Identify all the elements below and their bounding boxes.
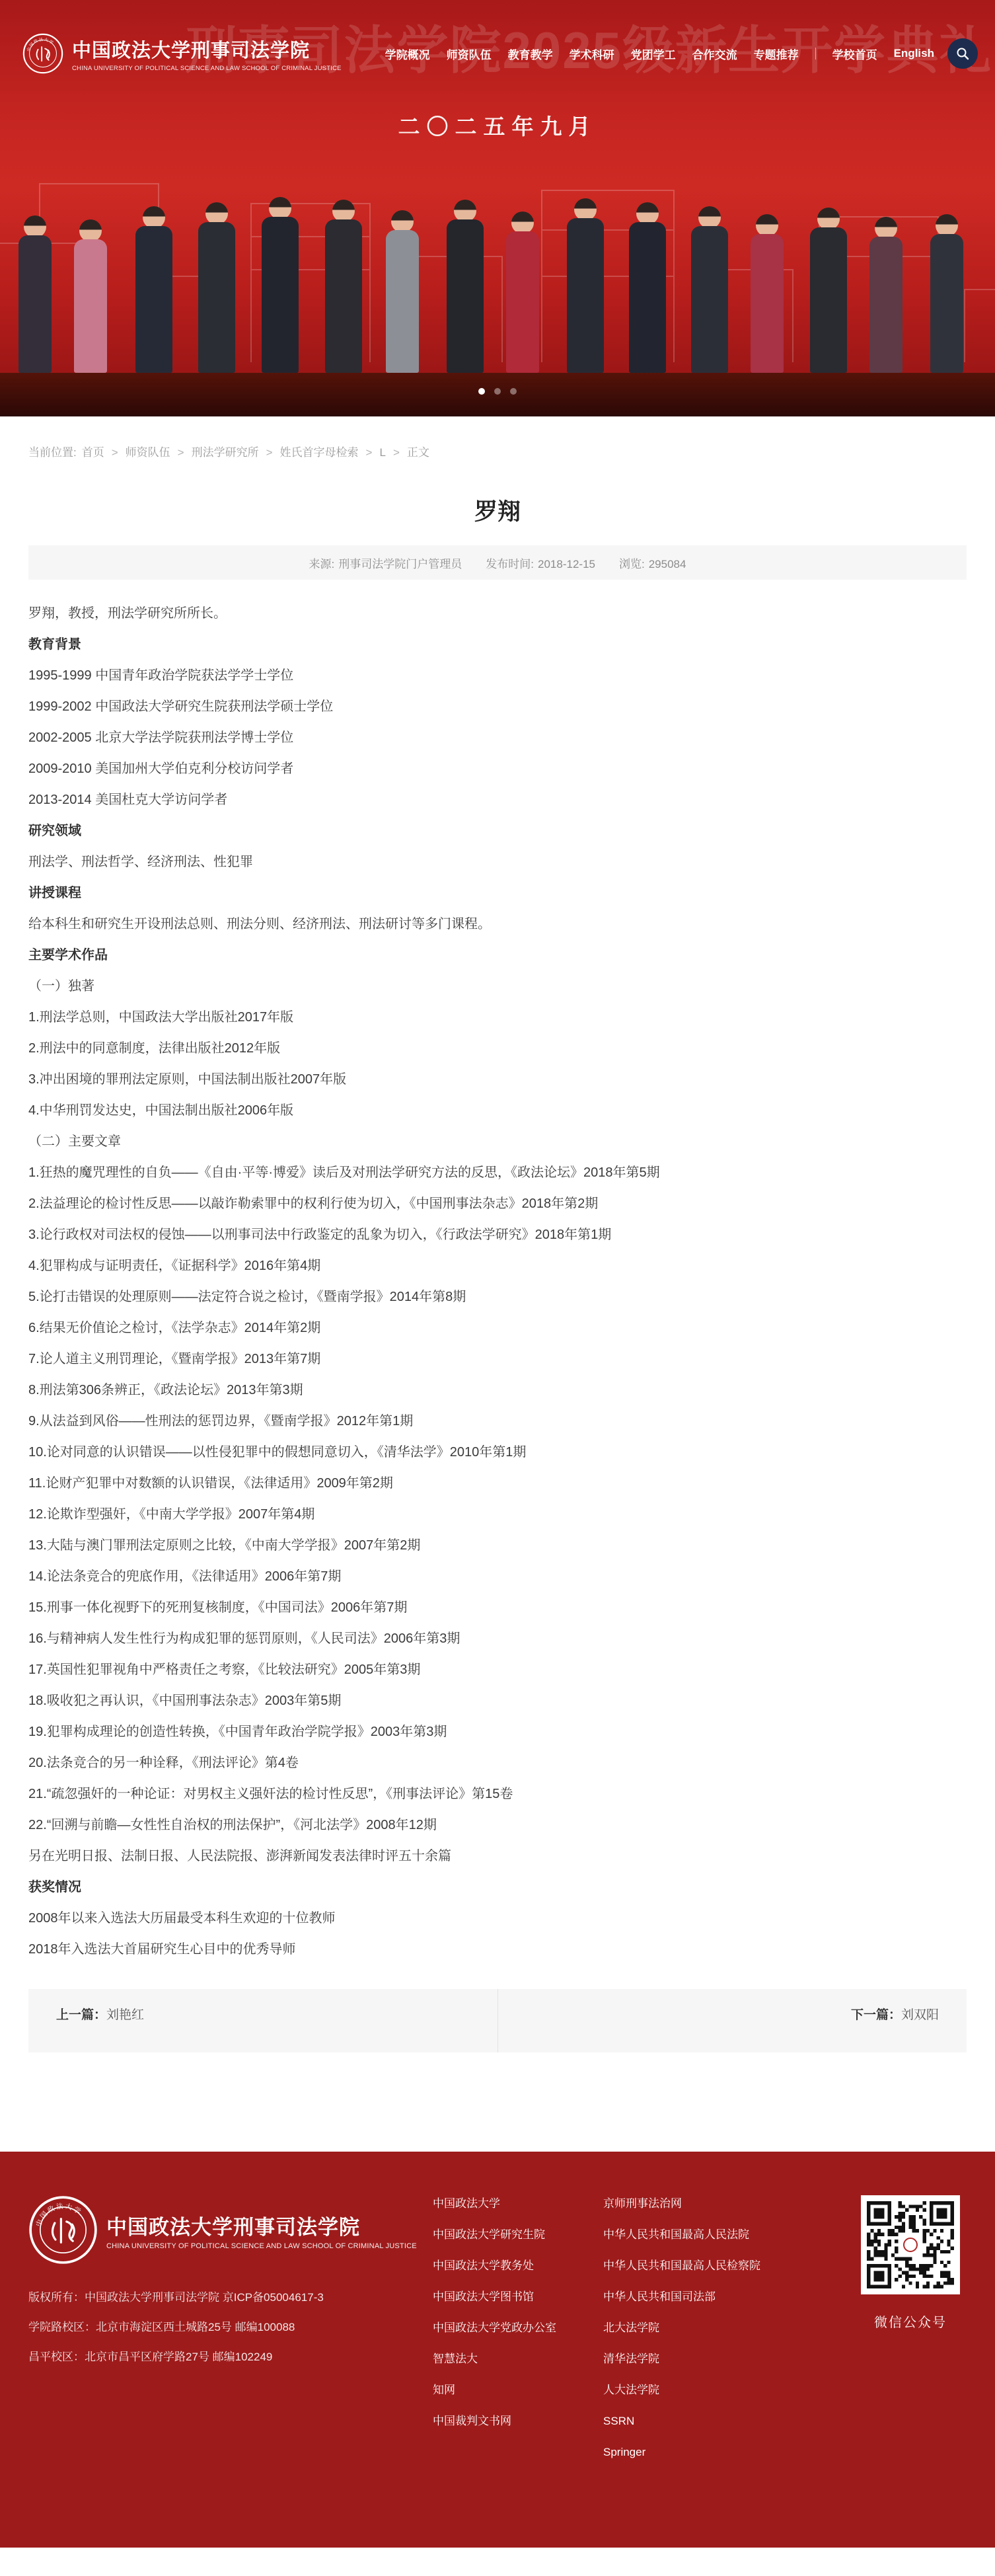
nav-item-教育教学[interactable]: 教育教学 [508,46,553,62]
person-figure [18,215,52,373]
footer-copyright: 版权所有：中国政法大学刑事司法学院 京ICP备05004617-3 [28,2287,327,2308]
prev-label: 上一篇： [56,2008,106,2022]
breadcrumb: 当前位置:首页>师资队伍>刑法学研究所>姓氏首字母检索>L>正文 [28,443,967,459]
footer-link[interactable]: Springer [603,2444,770,2461]
carousel-dots [0,386,995,398]
page: 刑事司法学院2025级新生开学典礼 二〇二五年九月 [0,0,995,2548]
article-paragraph: 18.吸收犯之再认识，《中国刑事法杂志》2003年第5期 [28,1692,967,1710]
nav-item-师资队伍[interactable]: 师资队伍 [447,46,492,62]
pager: 上一篇：刘艳红 下一篇：刘双阳 [28,1989,967,2052]
section-heading: 主要学术作品 [28,947,967,964]
footer-link[interactable]: 北大法学院 [603,2320,770,2337]
footer-link[interactable]: 人大法学院 [603,2382,770,2399]
nav-item-school-home[interactable]: 学校首页 [832,46,877,62]
article-paragraph: 9.从法益到风俗——性刑法的惩罚边界，《暨南学报》2012年第1期 [28,1413,967,1430]
article-paragraph: 17.英国性犯罪视角中严格责任之考察，《比较法研究》2005年第3期 [28,1661,967,1679]
section-heading: 获奖情况 [28,1879,967,1896]
breadcrumb-item: 正文 [407,446,429,459]
hero-banner: 刑事司法学院2025级新生开学典礼 二〇二五年九月 [0,0,995,416]
article-paragraph: 22.“回溯与前瞻—女性性自治权的刑法保护”，《河北法学》2008年12期 [28,1816,967,1834]
footer-seal-logo-icon: 中国政法大学 [28,2195,98,2265]
breadcrumb-item[interactable]: 姓氏首字母检索 [280,446,359,459]
article-paragraph: 8.刑法第306条辨正，《政法论坛》2013年第3期 [28,1382,967,1399]
article-paragraph: 刑法学、刑法哲学、经济刑法、性犯罪 [28,853,967,871]
footer-link[interactable]: 中华人民共和国司法部 [603,2288,770,2306]
person-figure [567,198,604,373]
person-figure [325,200,362,373]
breadcrumb-separator: > [366,446,373,459]
person-figure [447,200,484,373]
carousel-dot[interactable] [478,388,485,395]
article-paragraph: 1.刑法学总则，中国政法大学出版社2017年版 [28,1009,967,1027]
article-paragraph: 2013-2014 美国杜克大学访问学者 [28,791,967,809]
article-paragraph: 2002-2005 北京大学法学院获刑法学博士学位 [28,729,967,747]
footer-link[interactable]: 中国政法大学研究生院 [433,2226,579,2244]
school-name-en: CHINA UNIVERSITY OF POLITICAL SCIENCE AN… [72,65,342,72]
footer-link[interactable]: 知网 [433,2382,579,2399]
next-article-name: 刘双阳 [901,2008,939,2022]
footer-link[interactable]: 中国政法大学教务处 [433,2257,579,2275]
meta-publish-time: 发布时间:2018-12-15 [486,555,595,571]
school-seal-logo-icon: 中国政法大学 [22,33,63,74]
footer-campus-changping: 昌平校区：北京市昌平区府学路27号 邮编102249 [28,2347,327,2367]
breadcrumb-item[interactable]: 首页 [82,446,104,459]
article-paragraph: 11.论财产犯罪中对数额的认识错误，《法律适用》2009年第2期 [28,1475,967,1493]
meta-views: 浏览:295084 [619,555,686,571]
breadcrumb-label: 当前位置: [28,446,77,459]
footer-link[interactable]: 中国政法大学图书馆 [433,2288,579,2306]
main-nav: 学院概况师资队伍教育教学学术科研党团学工合作交流专题推荐 [369,46,799,62]
article-paragraph: 罗翔，教授，刑法学研究所所长。 [28,605,967,623]
section-heading: 研究领域 [28,822,967,840]
person-figure [74,219,107,373]
article-paragraph: 12.论欺诈型强奸，《中南大学学报》2007年第4期 [28,1506,967,1524]
carousel-dot[interactable] [510,388,517,395]
person-figure [691,206,728,373]
meta-source: 来源:刑事司法学院门户管理员 [309,555,462,571]
nav-item-党团学工[interactable]: 党团学工 [631,46,676,62]
footer-link[interactable]: 中国裁判文书网 [433,2413,579,2430]
footer-school-name-en: CHINA UNIVERSITY OF POLITICAL SCIENCE AN… [106,2242,417,2250]
person-figure [262,197,299,373]
article-paragraph: 16.与精神病人发生性行为构成犯罪的惩罚原则，《人民司法》2006年第3期 [28,1630,967,1648]
article-paragraph: 19.犯罪构成理论的创造性转换，《中国青年政治学院学报》2003年第3期 [28,1723,967,1741]
footer-link[interactable]: 清华法学院 [603,2351,770,2368]
footer-link[interactable]: 中国政法大学党政办公室 [433,2320,579,2337]
article-body: 罗翔，教授，刑法学研究所所长。教育背景1995-1999 中国青年政治学院获法学… [28,580,967,1959]
article-paragraph: 1.狂热的魔咒理性的自负——《自由·平等·博爱》读后及对刑法学研究方法的反思，《… [28,1164,967,1182]
footer-identity: 中国政法大学 中国政法大学刑事司法学院 CHINA UNIVERSITY OF … [28,2195,433,2475]
person-figure [386,210,419,373]
section-heading: 教育背景 [28,636,967,654]
person-figure [869,217,903,373]
footer-link[interactable]: 中华人民共和国最高人民检察院 [603,2257,770,2275]
footer-links-column-2: 京师刑事法治网中华人民共和国最高人民法院中华人民共和国最高人民检察院中华人民共和… [603,2195,770,2475]
article-paragraph: 2018年入选法大首届研究生心目中的优秀导师 [28,1941,967,1959]
search-button[interactable] [947,38,978,69]
prev-article-name: 刘艳红 [106,2008,144,2022]
person-figure [930,214,963,373]
footer-link[interactable]: 中国政法大学 [433,2195,579,2212]
person-figure [629,202,666,373]
footer-campus-xueyuanlu: 学院路校区：北京市海淀区西土城路25号 邮编100088 [28,2317,327,2337]
article-paragraph: 3.论行政权对司法权的侵蚀——以刑事司法中行政鉴定的乱象为切入，《行政法学研究》… [28,1226,967,1244]
school-name: 中国政法大学刑事司法学院 [72,36,342,63]
nav-item-english[interactable]: English [894,47,934,60]
article-paragraph: 2.刑法中的同意制度，法律出版社2012年版 [28,1040,967,1058]
nav-item-学术科研[interactable]: 学术科研 [570,46,614,62]
footer-link[interactable]: 智慧法大 [433,2351,579,2368]
article-paragraph: 1999-2002 中国政法大学研究生院获刑法学硕士学位 [28,698,967,716]
breadcrumb-separator: > [393,446,400,459]
article-paragraph: 4.中华刑罚发达史，中国法制出版社2006年版 [28,1102,967,1120]
article-paragraph: 5.论打击错误的处理原则——法定符合说之检讨，《暨南学报》2014年第8期 [28,1288,967,1306]
section-heading: 讲授课程 [28,884,967,902]
article-paragraph: 1995-1999 中国青年政治学院获法学学士学位 [28,667,967,685]
nav-item-学院概况[interactable]: 学院概况 [385,46,430,62]
article-paragraph: 2008年以来入选法大历届最受本科生欢迎的十位教师 [28,1910,967,1928]
article-paragraph: 15.刑事一体化视野下的死刑复核制度，《中国司法》2006年第7期 [28,1599,967,1617]
person-figure [198,202,235,373]
article-paragraph: 6.结果无价值论之检讨，《法学杂志》2014年第2期 [28,1319,967,1337]
person-figure [810,208,847,373]
nav-item-合作交流[interactable]: 合作交流 [692,46,737,62]
carousel-dot[interactable] [494,388,501,395]
search-icon [955,46,970,61]
footer-link[interactable]: 中华人民共和国最高人民法院 [603,2226,770,2244]
article-paragraph: 2.法益理论的检讨性反思——以敲诈勒索罪中的权利行使为切入，《中国刑事法杂志》2… [28,1195,967,1213]
article-paragraph: 给本科生和研究生开设刑法总则、刑法分则、经济刑法、刑法研讨等多门课程。 [28,916,967,933]
footer-link[interactable]: SSRN [603,2413,770,2430]
breadcrumb-separator: > [112,446,118,459]
breadcrumb-separator: > [266,446,273,459]
article-meta: 来源:刑事司法学院门户管理员 发布时间:2018-12-15 浏览:295084 [28,545,967,580]
article-paragraph: 21.“疏忽强奸的一种论证：对男权主义强奸法的检讨性反思”，《刑事法评论》第15… [28,1785,967,1803]
prev-article-link[interactable]: 上一篇：刘艳红 [56,2005,144,2023]
page-title: 罗翔 [28,494,967,527]
breadcrumb-separator: > [178,446,184,459]
footer-school-name: 中国政法大学刑事司法学院 [106,2210,417,2240]
article-paragraph: 10.论对同意的认识错误——以性侵犯罪中的假想同意切入，《清华法学》2010年第… [28,1444,967,1462]
person-figure [506,212,539,373]
article-paragraph: 4.犯罪构成与证明责任，《证据科学》2016年第4期 [28,1257,967,1275]
breadcrumb-item[interactable]: 师资队伍 [126,446,170,459]
article-paragraph: （一）独著 [28,978,967,995]
nav-divider [815,48,816,59]
person-figure [751,214,784,373]
article-paragraph: 20.法条竞合的另一种诠释，《刑法评论》第4卷 [28,1754,967,1772]
nav-item-专题推荐[interactable]: 专题推荐 [754,46,799,62]
next-article-link[interactable]: 下一篇：刘双阳 [851,2005,939,2023]
footer-links-column-1: 中国政法大学中国政法大学研究生院中国政法大学教务处中国政法大学图书馆中国政法大学… [433,2195,579,2475]
footer-link[interactable]: 京师刑事法治网 [603,2195,770,2212]
qr-caption: 微信公众号 [854,2312,967,2331]
breadcrumb-item[interactable]: 刑法学研究所 [192,446,259,459]
footer-wechat: 微信公众号 [854,2195,967,2475]
wechat-qr-code [861,2195,960,2294]
article-paragraph: 7.论人道主义刑罚理论，《暨南学报》2013年第7期 [28,1350,967,1368]
site-header: 中国政法大学 中国政法大学刑事司法学院 CHINA UNIVERSITY OF … [22,33,978,74]
qr-center-logo-icon [901,2235,920,2255]
article-paragraph: 另在光明日报、法制日报、人民法院报、澎湃新闻发表法律时评五十余篇 [28,1848,967,1865]
article-paragraph: 14.论法条竞合的兜底作用，《法律适用》2006年第7期 [28,1568,967,1586]
article-paragraph: （二）主要文章 [28,1133,967,1151]
person-figure [135,206,172,373]
article-paragraph: 3.冲出困境的罪刑法定原则，中国法制出版社2007年版 [28,1071,967,1089]
article-paragraph: 2009-2010 美国加州大学伯克利分校访问学者 [28,760,967,778]
site-footer: 中国政法大学 中国政法大学刑事司法学院 CHINA UNIVERSITY OF … [0,2152,995,2548]
breadcrumb-item[interactable]: L [379,446,385,459]
next-label: 下一篇： [851,2008,901,2022]
school-name-block: 中国政法大学刑事司法学院 CHINA UNIVERSITY OF POLITIC… [72,36,342,72]
article-paragraph: 13.大陆与澳门罪刑法定原则之比较，《中南大学学报》2007年第2期 [28,1537,967,1555]
